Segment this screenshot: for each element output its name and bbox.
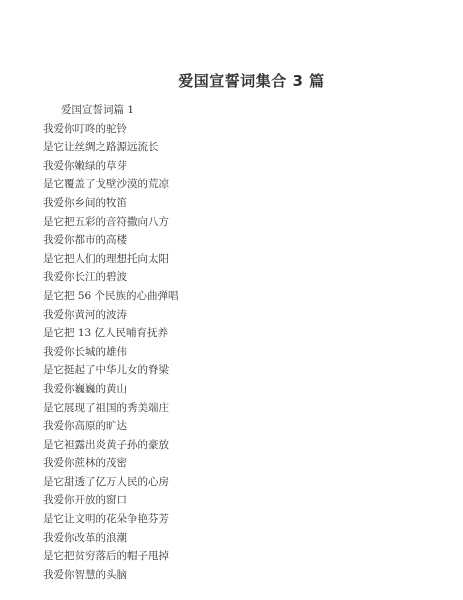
document-body: 爱国宣誓词篇 1 我爱你叮咚的驼铃 是它让丝绸之路源远流长 我爱你嫩绿的草芽 是… [43, 101, 179, 584]
section-subtitle: 爱国宣誓词篇 1 [43, 101, 179, 120]
poem-line: 我爱你智慧的头脑 [43, 566, 179, 585]
poem-line: 是它把人们的理想托向太阳 [43, 250, 179, 269]
poem-line: 我爱你叮咚的驼铃 [43, 120, 179, 139]
poem-line: 我爱你长江的碧波 [43, 268, 179, 287]
poem-line: 是它把 13 亿人民哺育抚养 [43, 324, 179, 343]
poem-line: 我爱你蔗林的茂密 [43, 454, 179, 473]
poem-line: 是它展现了祖国的秀美端庄 [43, 399, 179, 418]
poem-line: 我爱你乡间的牧笛 [43, 194, 179, 213]
poem-line: 是它袒露出炎黄子孙的豪放 [43, 436, 179, 455]
poem-line: 是它把 56 个民族的心曲弹唱 [43, 287, 179, 306]
poem-line: 是它甜透了亿万人民的心房 [43, 473, 179, 492]
poem-line: 是它把贫穷落后的帽子甩掉 [43, 547, 179, 566]
poem-line: 是它挺起了中华儿女的脊梁 [43, 361, 179, 380]
poem-line: 我爱你长城的雄伟 [43, 343, 179, 362]
poem-line: 我爱你都市的高楼 [43, 231, 179, 250]
poem-line: 是它覆盖了戈壁沙漠的荒凉 [43, 175, 179, 194]
poem-line: 我爱你巍巍的黄山 [43, 380, 179, 399]
document-title: 爱国宣誓词集合 3 篇 [0, 70, 463, 91]
poem-line: 我爱你改革的浪潮 [43, 529, 179, 548]
poem-line: 我爱你开放的窗口 [43, 491, 179, 510]
poem-line: 我爱你嫩绿的草芽 [43, 157, 179, 176]
poem-line: 是它把五彩的音符撒向八方 [43, 213, 179, 232]
poem-line: 我爱你黄河的波涛 [43, 306, 179, 325]
poem-line: 我爱你高原的旷达 [43, 417, 179, 436]
poem-line: 是它让文明的花朵争艳芬芳 [43, 510, 179, 529]
poem-line: 是它让丝绸之路源远流长 [43, 138, 179, 157]
